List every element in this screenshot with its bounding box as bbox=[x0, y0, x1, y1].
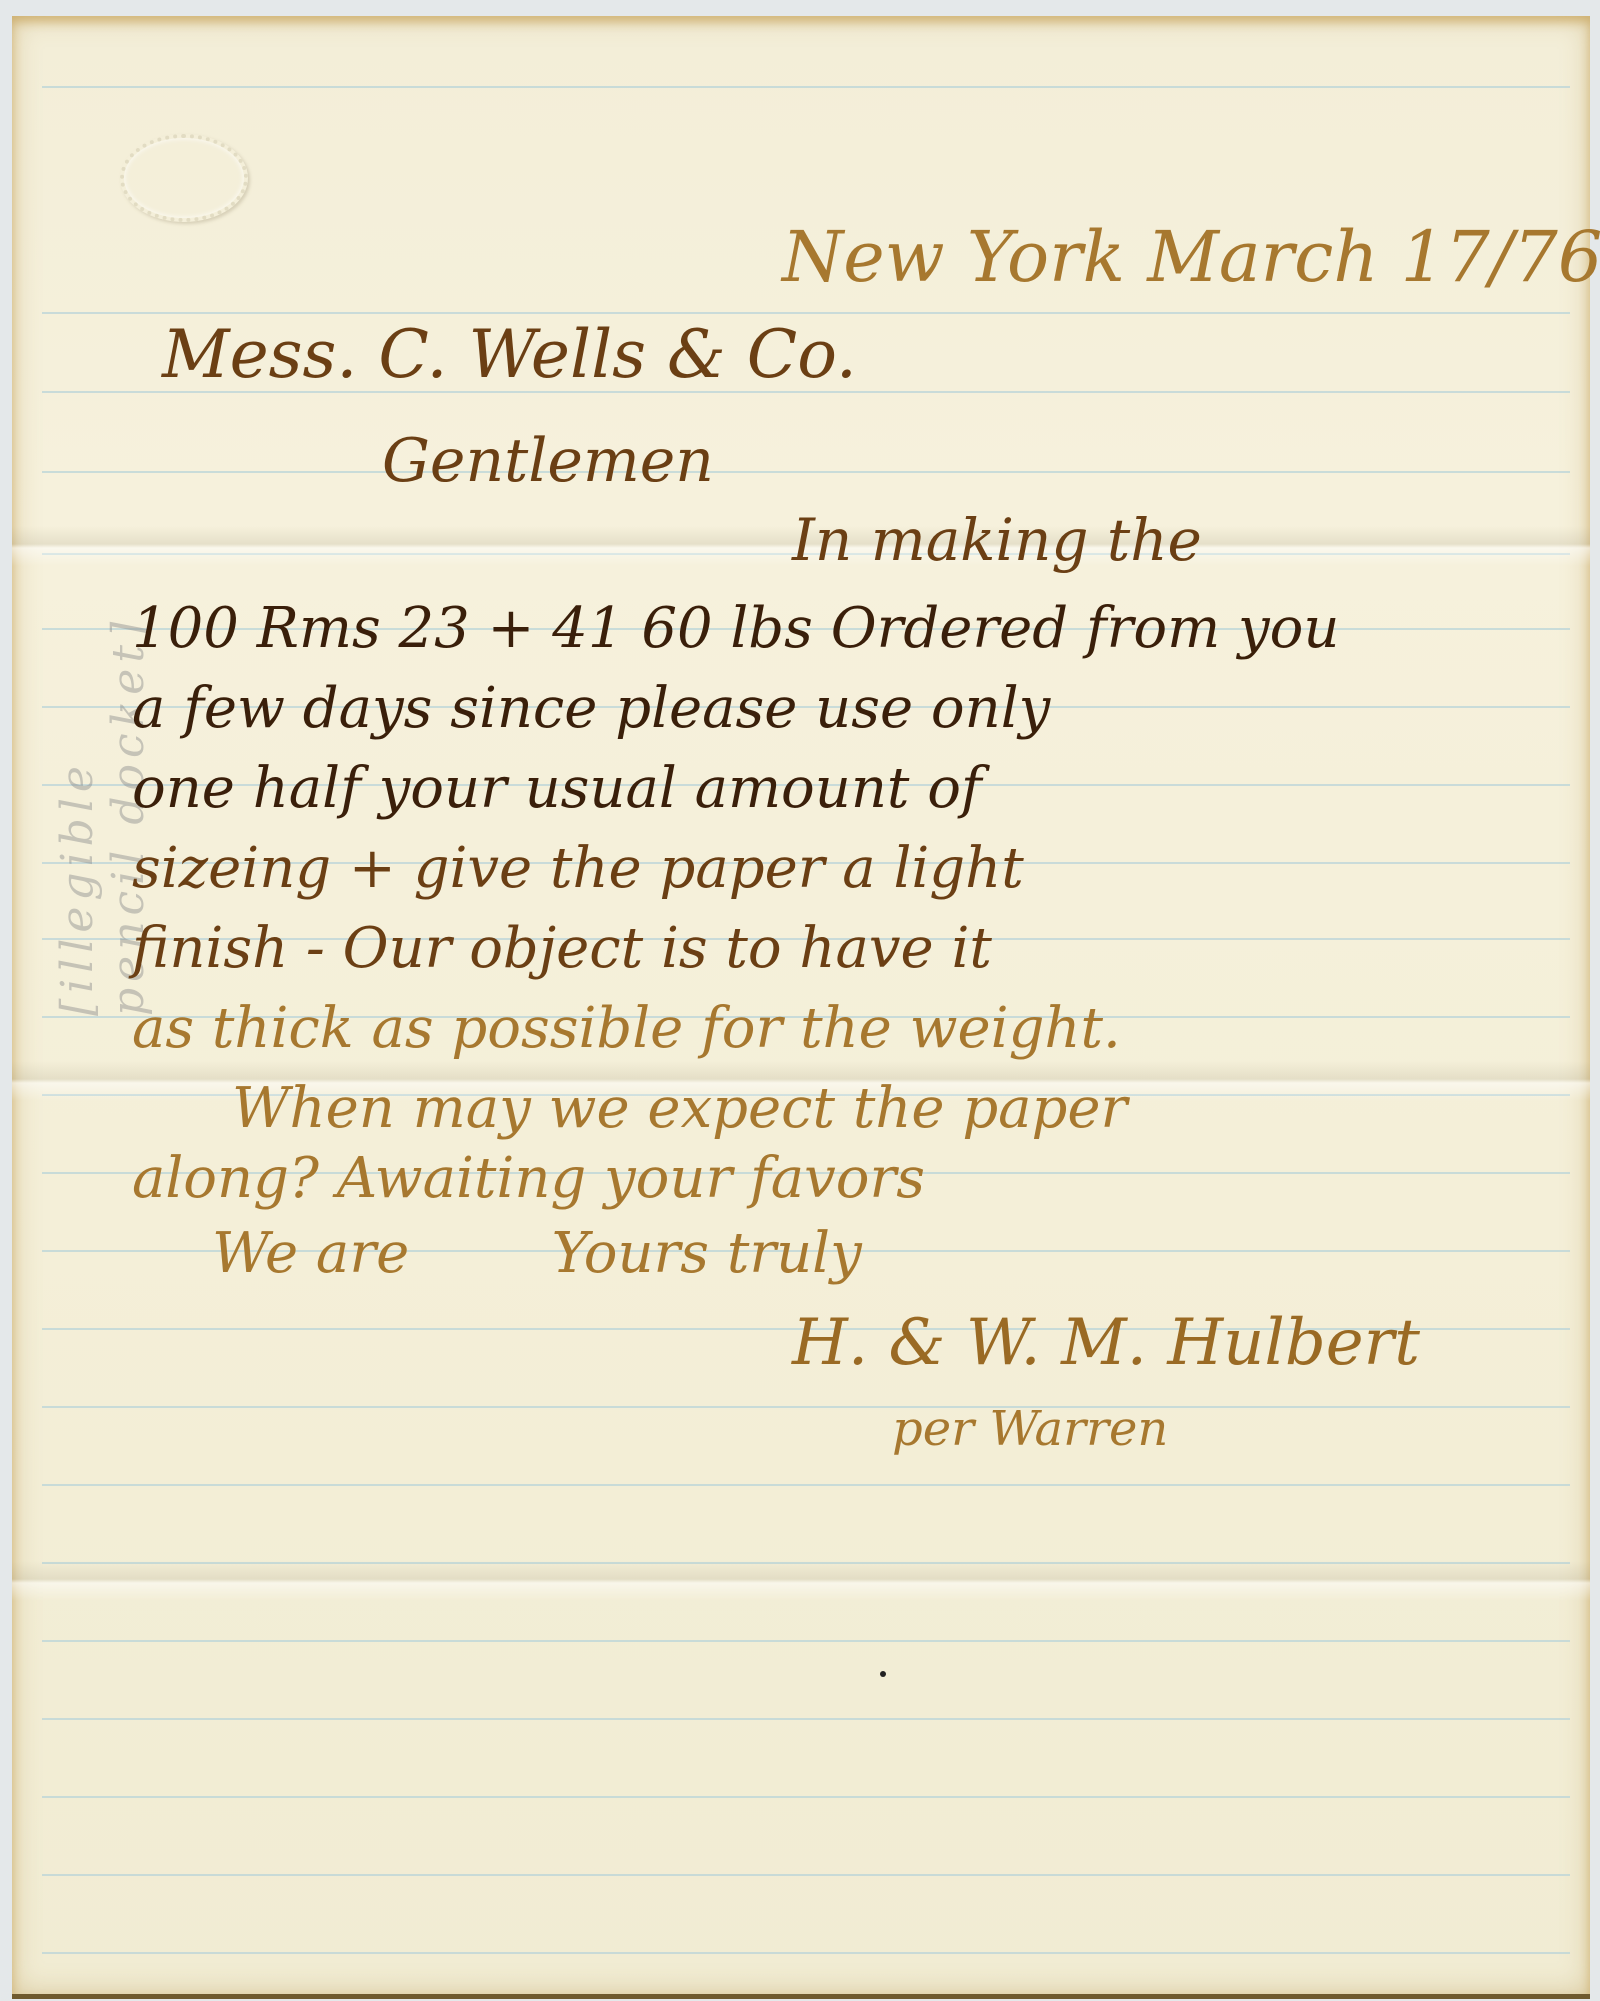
body-line-4: one half your usual amount of bbox=[132, 756, 982, 821]
ink-speck bbox=[880, 1671, 886, 1677]
signature-note: per Warren bbox=[892, 1401, 1168, 1457]
embossed-seal-icon bbox=[120, 134, 248, 222]
body-line-2: 100 Rms 23 + 41 60 lbs Ordered from you bbox=[132, 596, 1339, 661]
fold-crease bbox=[12, 1561, 1590, 1601]
body-line-1: In making the bbox=[792, 506, 1202, 574]
ruled-line bbox=[42, 312, 1570, 314]
ruled-line bbox=[42, 1718, 1570, 1720]
signature: H. & W. M. Hulbert bbox=[792, 1306, 1420, 1380]
ruled-line bbox=[42, 1640, 1570, 1642]
ruled-line bbox=[42, 1484, 1570, 1486]
salutation: Gentlemen bbox=[382, 426, 714, 496]
ruled-line bbox=[42, 471, 1570, 473]
body-line-5: sizeing + give the paper a light bbox=[132, 836, 1024, 901]
body-line-3: a few days since please use only bbox=[132, 676, 1050, 741]
body-line-9: along? Awaiting your favors bbox=[132, 1146, 925, 1211]
addressee: Mess. C. Wells & Co. bbox=[162, 316, 857, 393]
ruled-line bbox=[42, 1874, 1570, 1876]
ruled-line bbox=[42, 1406, 1570, 1408]
body-line-6: finish - Our object is to have it bbox=[132, 916, 992, 981]
body-line-8: When may we expect the paper bbox=[232, 1076, 1127, 1141]
ruled-line bbox=[42, 1796, 1570, 1798]
letter-sheet: [illegible pencil docket] New York March… bbox=[12, 16, 1590, 1999]
body-line-7: as thick as possible for the weight. bbox=[132, 996, 1121, 1061]
ruled-line bbox=[42, 1952, 1570, 1954]
dateline: New York March 17/76 bbox=[782, 216, 1600, 298]
ruled-line bbox=[42, 86, 1570, 88]
body-line-10: We are Yours truly bbox=[212, 1221, 862, 1286]
